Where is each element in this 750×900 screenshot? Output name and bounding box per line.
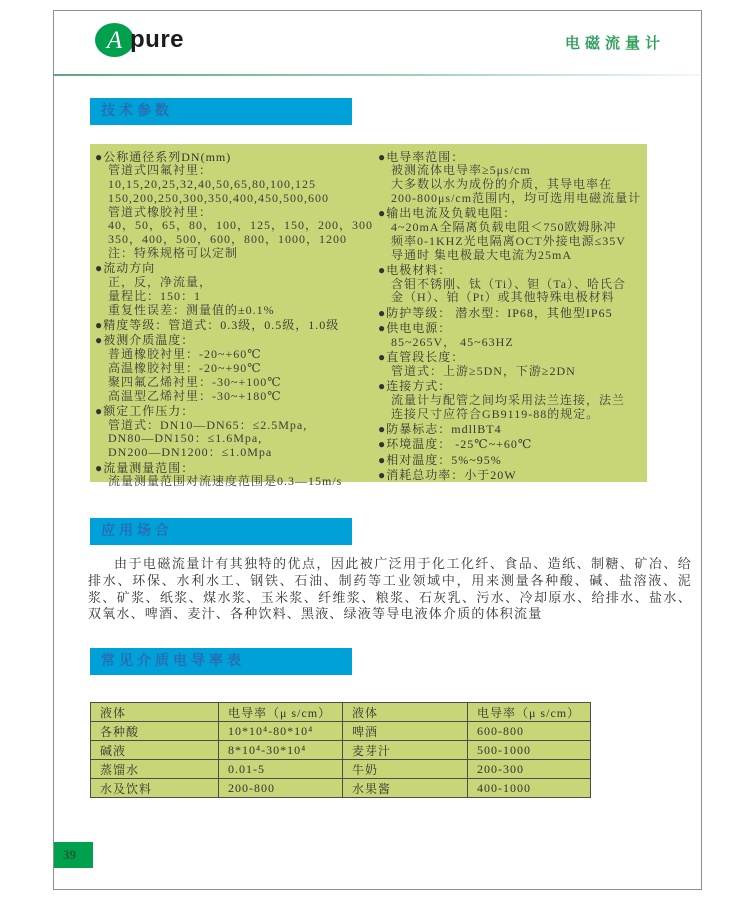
brand-logo: A pure <box>95 22 184 58</box>
table-header-cell: 电导率（μ s/cm） <box>219 703 343 722</box>
spec-line: 管道式橡胶衬里： <box>95 206 378 220</box>
spec-line: 40，50，65，80，100，125，150，200，300 <box>95 219 378 233</box>
page-number: 39 <box>63 847 76 863</box>
spec-line: 普通橡胶衬里：-20~+60℃ <box>95 348 378 362</box>
logo-letter: A <box>107 28 122 53</box>
spec-line: ●相对温度：5%~95% <box>378 454 647 468</box>
spec-box: ●公称通径系列DN(mm)管道式四氟衬里：10,15,20,25,32,40,5… <box>90 144 647 482</box>
spec-line: 流量测量范围对流速度范围是0.3—15m/s <box>95 475 378 489</box>
section-title-tech: 技术参数 <box>90 98 352 125</box>
spec-line: 管道式：DN10—DN65：≤2.5Mpa, <box>95 419 378 433</box>
spec-line: 量程比：150：1 <box>95 290 378 304</box>
section-title-application: 应用场合 <box>90 518 352 545</box>
spec-line: 管道式：上游≥5DN，下游≥2DN <box>378 365 647 379</box>
spec-line: 大多数以水为成份的介质，其导电率在 <box>378 178 647 192</box>
table-cell: 牛奶 <box>343 760 468 779</box>
spec-line: DN80—DN150：≤1.6Mpa, <box>95 432 378 446</box>
table-cell: 10*10⁴-80*10⁴ <box>219 722 343 741</box>
spec-line: 频率0-1KHZ光电隔离OCT外接电源≤35V <box>378 235 647 249</box>
spec-col-left: ●公称通径系列DN(mm)管道式四氟衬里：10,15,20,25,32,40,5… <box>95 149 378 482</box>
spec-line: 重复性误差：测量值的±0.1% <box>95 304 378 318</box>
spec-line: 聚四氟乙烯衬里：-30~+100℃ <box>95 376 378 390</box>
logo-circle-icon: A <box>95 23 134 57</box>
spec-line: 10,15,20,25,32,40,50,65,80,100,125 <box>95 178 378 192</box>
table-header-cell: 液体 <box>91 703 219 722</box>
spec-line: 350，400，500，600，800，1000，1200 <box>95 233 378 247</box>
spec-line: 4~20mA全隔离负载电阻＜750欧姆脉冲 <box>378 221 647 235</box>
spec-line: ●环境温度： -25℃~+60℃ <box>378 438 647 452</box>
spec-line: 管道式四氟衬里： <box>95 164 378 178</box>
table-header-row: 液体电导率（μ s/cm）液体电导率（μ s/cm） <box>91 703 591 722</box>
header-divider <box>54 74 701 76</box>
table-cell: 200-300 <box>468 760 591 779</box>
application-paragraph: 由于电磁流量计有其独特的优点，因此被广泛用于化工化纤、食品、造纸、制糖、矿冶、给… <box>88 556 692 623</box>
table-cell: 啤酒 <box>343 722 468 741</box>
table-cell: 600-800 <box>468 722 591 741</box>
spec-line: ●防暴标志：mdllBT4 <box>378 423 647 437</box>
product-title: 电磁流量计 <box>565 32 665 53</box>
conductivity-table-body: 液体电导率（μ s/cm）液体电导率（μ s/cm）各种酸10*10⁴-80*1… <box>91 703 591 798</box>
table-cell: 400-1000 <box>468 779 591 798</box>
spec-line: 85~265V， 45~63HZ <box>378 336 647 350</box>
spec-line: ●防护等级： 潜水型：IP68，其他型IP65 <box>378 307 647 321</box>
table-cell: 蒸馏水 <box>91 760 219 779</box>
spec-line: ●直管段长度： <box>378 351 647 365</box>
spec-line: DN200—DN1200：≤1.0Mpa <box>95 446 378 460</box>
spec-line: ●连接方式： <box>378 380 647 394</box>
table-row: 水及饮料200-800水果酱400-1000 <box>91 779 591 798</box>
spec-line: 导通时 集电极最大电流为25mA <box>378 249 647 263</box>
spec-line: 高温型乙烯衬里：-30~+180℃ <box>95 390 378 404</box>
table-cell: 8*10⁴-30*10⁴ <box>219 741 343 760</box>
table-cell: 水果酱 <box>343 779 468 798</box>
table-row: 蒸馏水0.01-5牛奶200-300 <box>91 760 591 779</box>
spec-line: ●额定工作压力： <box>95 405 378 419</box>
table-row: 各种酸10*10⁴-80*10⁴啤酒600-800 <box>91 722 591 741</box>
datasheet-page: A pure 电磁流量计 技术参数 ●公称通径系列DN(mm)管道式四氟衬里：1… <box>0 0 750 900</box>
table-cell: 0.01-5 <box>219 760 343 779</box>
spec-line: ●消耗总功率：小于20W <box>378 469 647 483</box>
table-cell: 500-1000 <box>468 741 591 760</box>
spec-col-right: ●电导率范围：被测流体电导率≥5μs/cm大多数以水为成份的介质，其导电率在20… <box>378 149 647 482</box>
table-cell: 麦芽汁 <box>343 741 468 760</box>
spec-line: 注：特殊规格可以定制 <box>95 247 378 261</box>
table-cell: 水及饮料 <box>91 779 219 798</box>
table-header-cell: 液体 <box>343 703 468 722</box>
table-cell: 各种酸 <box>91 722 219 741</box>
spec-line: 高温橡胶衬里：-20~+90℃ <box>95 362 378 376</box>
spec-line: 150,200,250,300,350,400,450,500,600 <box>95 192 378 206</box>
spec-line: 连接尺寸应符合GB9119-88的规定。 <box>378 408 647 422</box>
logo-text: pure <box>130 26 184 54</box>
spec-line: ●电极材料： <box>378 264 647 278</box>
conductivity-table: 液体电导率（μ s/cm）液体电导率（μ s/cm）各种酸10*10⁴-80*1… <box>90 702 591 798</box>
table-row: 碱液8*10⁴-30*10⁴麦芽汁500-1000 <box>91 741 591 760</box>
section-title-conductivity: 常见介质电导率表 <box>90 648 352 675</box>
spec-line: ●输出电流及负载电阻： <box>378 207 647 221</box>
table-header-cell: 电导率（μ s/cm） <box>468 703 591 722</box>
spec-line: ●精度等级：管道式：0.3级，0.5级，1.0级 <box>95 319 378 333</box>
spec-line: 正，反，净流量， <box>95 276 378 290</box>
page-number-badge: 39 <box>54 842 93 868</box>
spec-line: 200-800μs/cm范围内，均可选用电磁流量计 <box>378 192 647 206</box>
spec-line: 金（H）、铂（Pt）或其他特殊电极材料 <box>378 291 647 305</box>
spec-line: 流量计与配管之间均采用法兰连接，法兰 <box>378 394 647 408</box>
spec-line: ●供电电源： <box>378 322 647 336</box>
table-cell: 200-800 <box>219 779 343 798</box>
table-cell: 碱液 <box>91 741 219 760</box>
